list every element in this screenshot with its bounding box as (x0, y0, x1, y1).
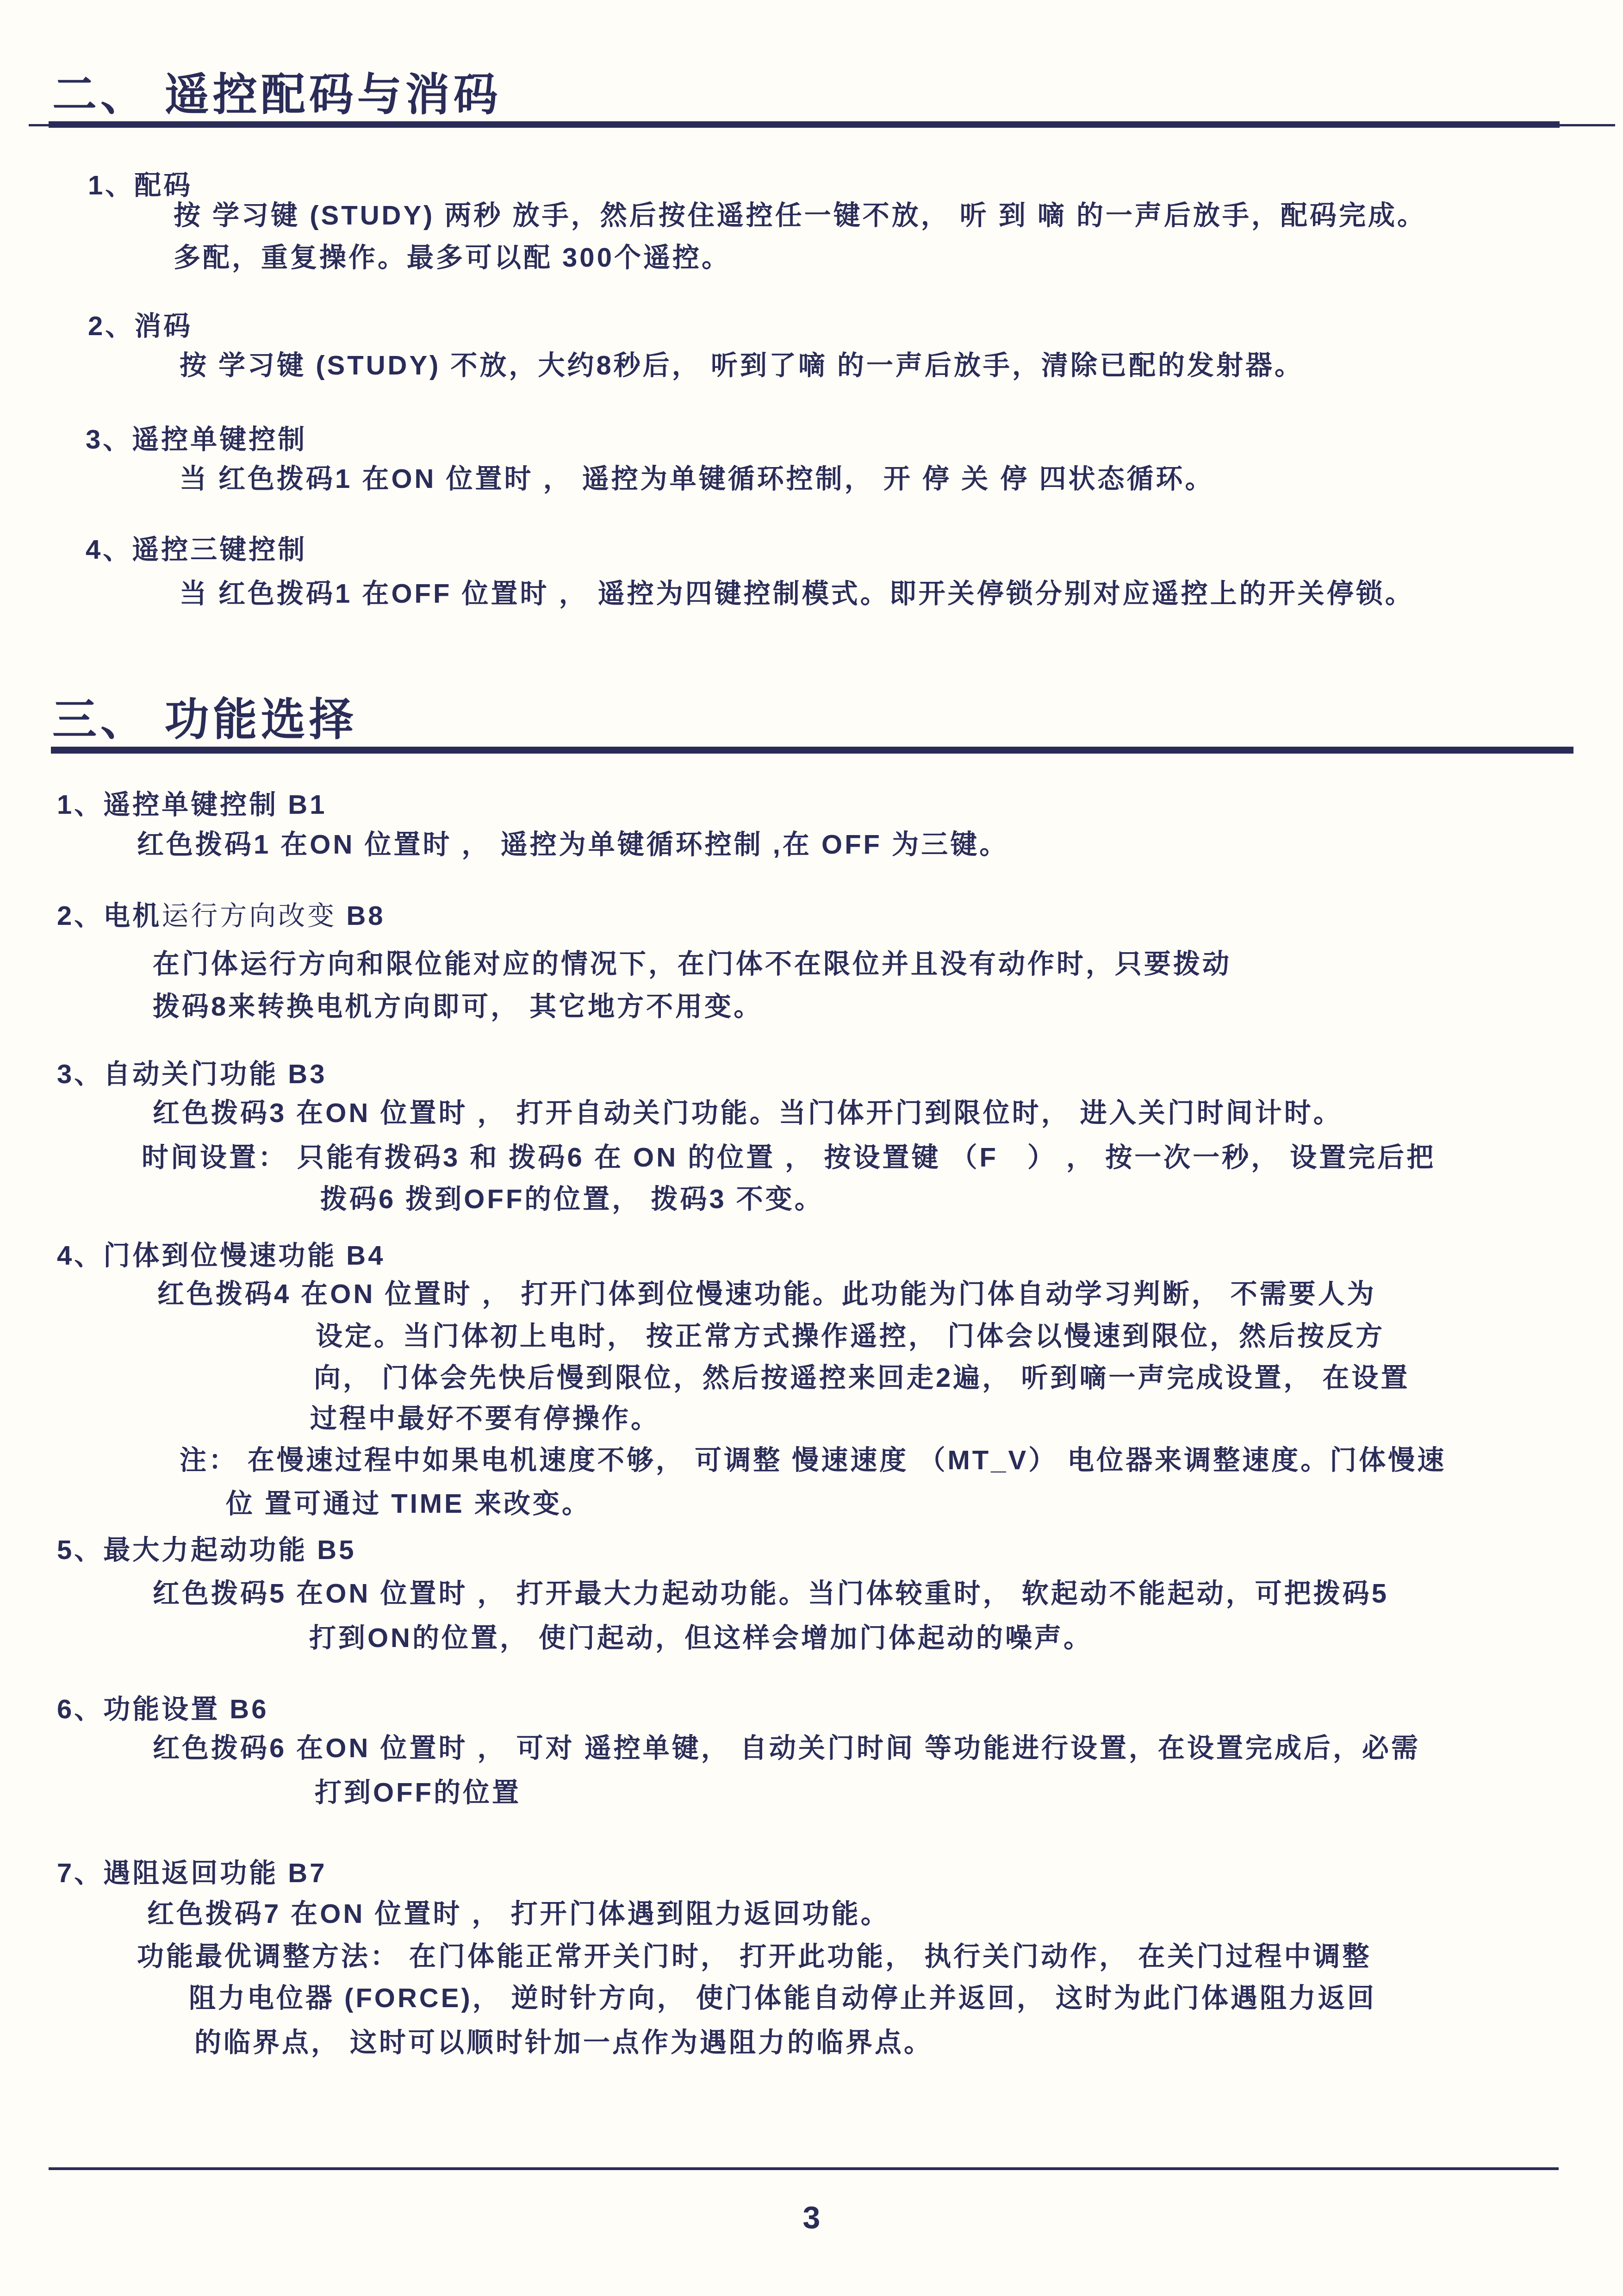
item-heading: 7、遇阻返回功能 B7 (57, 1858, 327, 1889)
item-heading: 6、功能设置 B6 (57, 1694, 269, 1725)
body-line: 功能最优调整方法： 在门体能正常开关门时， 打开此功能， 执行关门动作， 在关门… (137, 1941, 1371, 1972)
section-functions-title: 三、 功能选择 (52, 694, 357, 745)
body-line: 红色拨码5 在ON 位置时 ， 打开最大力起动功能。当门体较重时， 软起动不能起… (153, 1578, 1389, 1610)
item-heading: 2、消码 (88, 311, 193, 342)
title-rule (51, 747, 1573, 754)
note-line: 注： 在慢速过程中如果电机速度不够， 可调整 慢速速度 （MT_V） 电位器来调… (180, 1445, 1446, 1476)
body-line: 的临界点， 这时可以顺时针加一点作为遇阻力的临界点。 (194, 2028, 933, 2059)
body-line: 在门体运行方向和限位能对应的情况下，在门体不在限位并且没有动作时，只要拨动 (153, 949, 1231, 980)
body-line: 红色拨码1 在ON 位置时 ， 遥控为单键循环控制 ,在 OFF 为三键。 (137, 830, 1008, 861)
item-heading: 4、门体到位慢速功能 B4 (57, 1241, 386, 1272)
item-heading: 3、遥控单键控制 (86, 424, 307, 455)
body-line: 当 红色拨码1 在ON 位置时 ， 遥控为单键循环控制， 开 停 关 停 四状态… (180, 464, 1214, 495)
body-line: 打到ON的位置， 使门起动，但这样会增加门体起动的噪声。 (309, 1623, 1093, 1654)
body-line: 阻力电位器 (FORCE)， 逆时针方向， 使门体能自动停止并返回， 这时为此门… (189, 1983, 1376, 2014)
item-heading: 2、电机运行方向改变 B8 (57, 901, 386, 932)
body-line: 拨码8来转换电机方向即可， 其它地方不用变。 (153, 992, 763, 1023)
page-number: 3 (0, 2200, 1623, 2236)
body-line: 打到OFF的位置 (315, 1778, 521, 1809)
item-heading: 5、最大力起动功能 B5 (57, 1535, 356, 1566)
body-line: 按 学习键 (STUDY) 两秒 放手，然后按住遥控任一键不放， 听 到 嘀 的… (174, 200, 1426, 231)
item-heading: 1、遥控单键控制 B1 (57, 790, 327, 821)
footer-rule (49, 2167, 1559, 2170)
body-line: 红色拨码3 在ON 位置时 ， 打开自动关门功能。当门体开门到限位时， 进入关门… (153, 1098, 1343, 1129)
body-line: 按 学习键 (STUDY) 不放，大约8秒后， 听到了嘀 的一声后放手，清除已配… (180, 350, 1304, 381)
body-line: 设定。当门体初上电时， 按正常方式操作遥控， 门体会以慢速到限位，然后按反方 (316, 1321, 1385, 1352)
manual-page: 二、 遥控配码与消码 1、配码 按 学习键 (STUDY) 两秒 放手，然后按住… (0, 0, 1623, 2296)
body-line: 红色拨码6 在ON 位置时 ， 可对 遥控单键， 自动关门时间 等功能进行设置，… (153, 1733, 1420, 1764)
item-heading: 1、配码 (88, 170, 193, 201)
item-heading: 3、自动关门功能 B3 (57, 1059, 327, 1090)
body-line: 向， 门体会先快后慢到限位，然后按遥控来回走2遍， 听到嘀一声完成设置， 在设置 (314, 1363, 1410, 1394)
title-rule (49, 121, 1560, 128)
section-pairing-title: 二、 遥控配码与消码 (52, 69, 502, 120)
body-line: 多配，重复操作。最多可以配 300个遥控。 (174, 243, 731, 274)
body-line: 红色拨码4 在ON 位置时 ， 打开门体到位慢速功能。此功能为门体自动学习判断，… (157, 1279, 1376, 1310)
body-line: 红色拨码7 在ON 位置时 ， 打开门体遇到阻力返回功能。 (147, 1899, 890, 1930)
body-line: 拨码6 拨到OFF的位置， 拨码3 不变。 (320, 1184, 824, 1215)
body-line: 当 红色拨码1 在OFF 位置时 ， 遥控为四键控制模式。即开关停锁分别对应遥控… (180, 579, 1414, 610)
heading-part: 2、电机 (57, 901, 162, 931)
body-line: 过程中最好不要有停操作。 (310, 1404, 660, 1435)
heading-part: 运行方向改变 (162, 901, 336, 931)
body-line: 时间设置： 只能有拨码3 和 拨码6 在 ON 的位置 ， 按设置键 （F ） … (142, 1142, 1436, 1173)
heading-part: B8 (336, 901, 385, 931)
item-heading: 4、遥控三键控制 (86, 535, 307, 566)
note-line: 位 置可通过 TIME 来改变。 (226, 1489, 591, 1520)
